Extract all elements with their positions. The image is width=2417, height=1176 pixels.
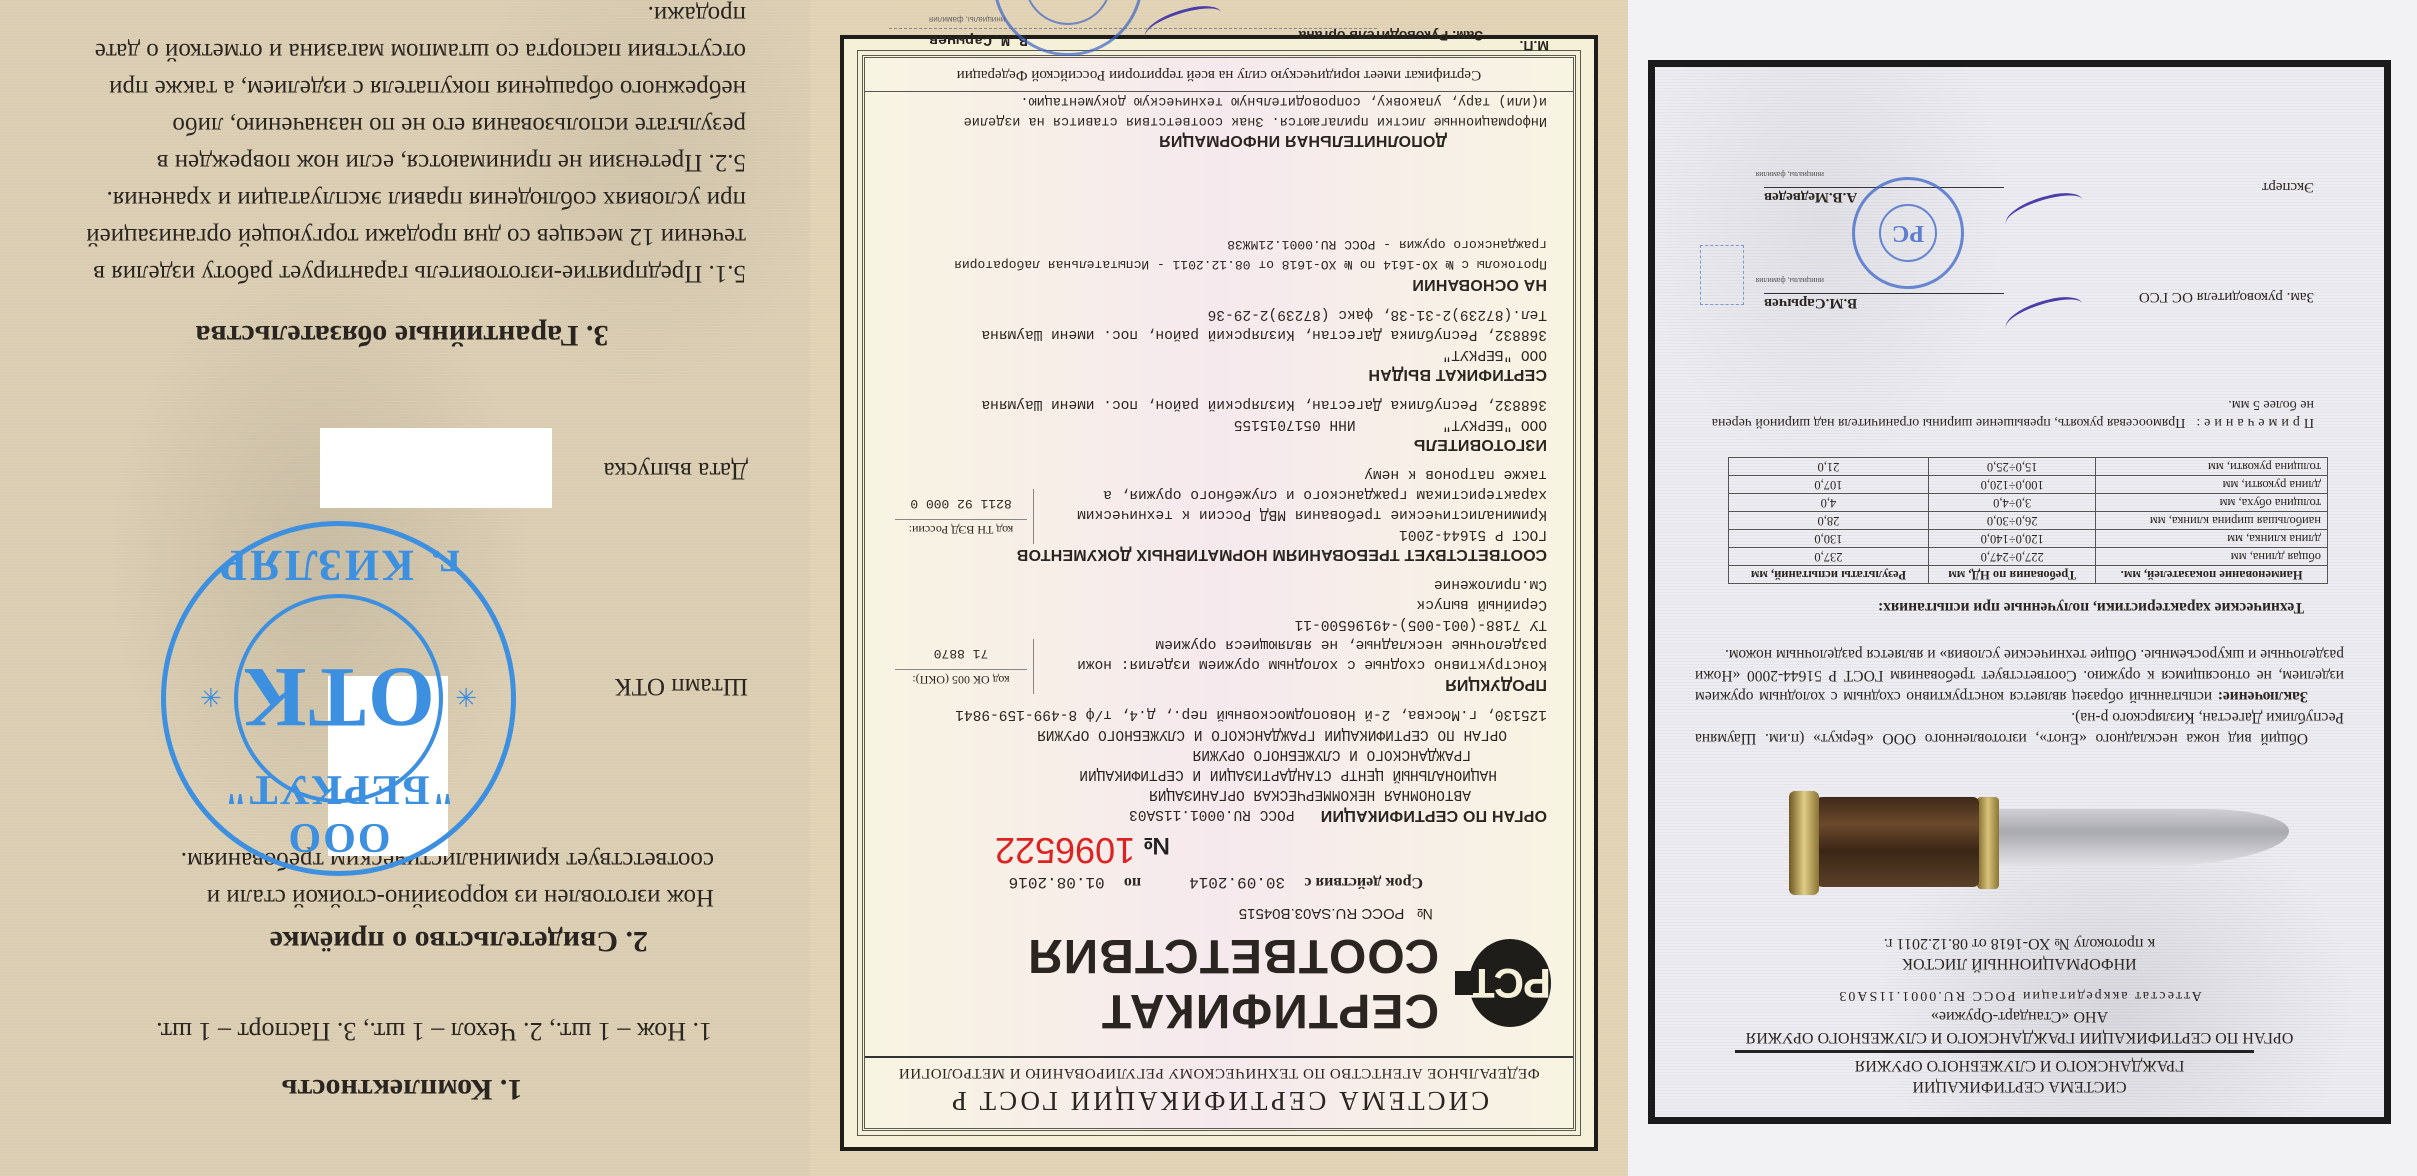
certification-system: СИСТЕМА СЕРТИФИКАЦИИ ГОСТ Р: [875, 1085, 1563, 1116]
star-icon: ✳: [200, 681, 222, 711]
certificate-number: № РОСС RU.SA03.B04515: [865, 905, 1433, 922]
head-name: В.М.Сарычев: [929, 31, 1028, 48]
knife-pommel: [1790, 791, 1820, 895]
knife-blade: [1990, 809, 2290, 867]
mp-label: М.П.: [1519, 38, 1549, 54]
info-ano: АНО «Стандарт-Оружие»: [1655, 1006, 2384, 1027]
issued-to-line: Тел.(87239)2-31-38, факс (87239)2-29-36: [889, 304, 1547, 324]
okp-code: 71 8870: [934, 646, 989, 661]
signature-icon: [2002, 188, 2087, 236]
info-signatures: Зам. руководителя ОС ГСО В.М.Сарычев ини…: [1655, 155, 2384, 345]
spec-table-header: Наименование показателей, мм. Требования…: [1729, 566, 2328, 584]
signature-icon: [2002, 292, 2087, 340]
cert-manufacturer: ИЗГОТОВИТЕЛЬ ООО "БЕРКУТ" ИНН 0517015155…: [889, 394, 1547, 454]
product-line: См.приложение: [889, 574, 1547, 594]
certificate-footer: Сертификат имеет юридическую силу на все…: [865, 66, 1573, 92]
info-subtitle: к протоколу № ХО-1618 от 08.12.2011 г.: [1655, 933, 2384, 953]
certificate-panel: СИСТЕМА СЕРТИФИКАЦИИ ГОСТ Р ФЕДЕРАЛЬНОЕ …: [810, 0, 1628, 1176]
head-signature-line: В.М.Сарычев: [889, 28, 1377, 52]
cert-conforms: СООТВЕТСТВУЕТ ТРЕБОВАНИЯМ НОРМАТИВНЫХ ДО…: [889, 464, 1547, 564]
product-line: Серийный выпуск: [889, 594, 1547, 614]
warranty-text: 5.1. Предприятие-изготовитель гарантируе…: [58, 0, 748, 292]
extra-line: Информационные листки прилагаются. Знак …: [889, 110, 1547, 130]
tnved-label: код ТН ВЭД России:: [895, 519, 1027, 540]
organ-line: АВТОНОМНАЯ НЕКОММЕРЧЕСКАЯ ОРГАНИЗАЦИЯ: [889, 784, 1547, 804]
basis-line: Протоколы с № ХО-1614 по № ХО-1618 от 08…: [889, 254, 1547, 274]
knife-handle: [1810, 797, 1980, 887]
agency-name: ФЕДЕРАЛЬНОЕ АГЕНТСТВО ПО ТЕХНИЧЕСКОМУ РЕ…: [875, 1064, 1563, 1081]
issued-to-line: ООО "БЕРКУТ": [889, 344, 1547, 364]
manufacturer-line: 368832, Республика Дагестан, Кизлярский …: [889, 394, 1547, 414]
info-system-sub: ГРАЖДАНСКОГО И СЛУЖЕБНОГО ОРУЖИЯ: [1655, 1055, 2384, 1076]
warranty-item: 5.2. Претензии не принимаются, если нож …: [58, 0, 746, 181]
spec-table-row: наибольшая ширина клинка, мм26,0÷30,028,…: [1729, 512, 2328, 530]
issued-to-label: СЕРТИФИКАТ ВЫДАН: [889, 364, 1547, 384]
manufacturer-label: ИЗГОТОВИТЕЛЬ: [889, 434, 1547, 454]
kit-contents: 1. Нож – 1 шт., 2. Чехол – 1 шт., 3. Пас…: [56, 1016, 748, 1046]
info-sheet-header: СИСТЕМА СЕРТИФИКАЦИИ ГРАЖДАНСКОГО И СЛУЖ…: [1655, 985, 2384, 1117]
info-conclusion: Заключение: испытанный образец является …: [1695, 644, 2344, 707]
certificate-header: СИСТЕМА СЕРТИФИКАЦИИ ГОСТ Р ФЕДЕРАЛЬНОЕ …: [865, 1056, 1573, 1128]
tech-title: Технические характеристики, полученные п…: [1655, 598, 2384, 616]
serial-label: №: [1143, 832, 1170, 859]
certificate: СИСТЕМА СЕРТИФИКАЦИИ ГОСТ Р ФЕДЕРАЛЬНОЕ …: [840, 35, 1598, 1151]
valid-from: 30.09.2014: [1189, 873, 1285, 891]
tnved-code-box: код ТН ВЭД России: 8211 92 000 0: [889, 489, 1034, 544]
validity-period: Срок действия с 30.09.2014 по 01.08.2016: [865, 873, 1423, 891]
header-divider: [1735, 1050, 2254, 1053]
release-date-field[interactable]: [320, 428, 552, 508]
spec-table-row: толщина обуха, мм3,0÷4,04,0: [1729, 494, 2328, 512]
otk-stamp-label: Штамп ОТК: [598, 672, 748, 700]
organ-label: ОРГАН ПО СЕРТИФИКАЦИИ: [1321, 807, 1547, 824]
valid-to-label: по: [1124, 874, 1141, 891]
small-stamp: [1700, 245, 1744, 305]
organ-line: НАЦИОНАЛЬНЫЙ ЦЕНТР СТАНДАРТИЗАЦИИ И СЕРТ…: [889, 764, 1547, 784]
otk-stamp-city: г. КИЗЛЯР: [166, 540, 511, 591]
valid-to: 01.08.2016: [1009, 873, 1105, 891]
info-description: Общий вид ножа нескладного «Енот», изгот…: [1695, 707, 2344, 749]
product-line: ТУ 7188-(001-005)-49196500-11: [889, 614, 1547, 634]
section-acceptance-title: 2. Свидетельство о приёмке: [56, 924, 748, 958]
warranty-item: 5.1. Предприятие-изготовитель гарантируе…: [58, 181, 746, 292]
cert-product: код ОК 005 (ОКП): 71 8870 ПРОДУКЦИЯ Конс…: [889, 574, 1547, 694]
release-date-row: Дата выпуска: [56, 410, 748, 530]
spec-table-row: длина рукояти, мм100,0÷120,0107,0: [1729, 476, 2328, 494]
otk-stamp-center: ОТК: [234, 594, 443, 803]
deputy-name: В.М.Сарычев: [1764, 293, 2004, 311]
organ-address: 125130, г.Москва, 2-й Новоподмосковный п…: [889, 704, 1547, 724]
info-sheet: СИСТЕМА СЕРТИФИКАЦИИ ГРАЖДАНСКОГО И СЛУЖ…: [1648, 60, 2391, 1124]
section-warranty-title: 3. Гарантийные обязательства: [56, 318, 748, 352]
info-note: Примечание: Прямоосевая рукоять, превыше…: [1655, 395, 2384, 457]
hint-name: инициалы, фамилия: [929, 15, 1005, 24]
okp-code-box: код ОК 005 (ОКП): 71 8870: [889, 639, 1034, 694]
info-title-block: ИНФОРМАЦИОННЫЙ ЛИСТОК к протоколу № ХО-1…: [1655, 933, 2384, 973]
info-title: ИНФОРМАЦИОННЫЙ ЛИСТОК: [1655, 953, 2384, 973]
certificate-signatures: М.П. Зам. Руководитель органа В.М.Сарыче…: [865, 0, 1573, 66]
spec-table-row: толщина рукояти, мм15,0÷25,021,0: [1729, 458, 2328, 476]
organ-code: РОСС RU.0001.11SA03: [1129, 806, 1294, 822]
certificate-frame: СИСТЕМА СЕРТИФИКАЦИИ ГОСТ Р ФЕДЕРАЛЬНОЕ …: [862, 55, 1576, 1131]
certification-seal: РС: [1852, 177, 1964, 289]
extra-label: ДОПОЛНИТЕЛЬНАЯ ИНФОРМАЦИЯ: [889, 130, 1547, 150]
info-system: СИСТЕМА СЕРТИФИКАЦИИ: [1655, 1076, 2384, 1097]
expert-role: Эксперт: [2262, 178, 2314, 195]
knife-photo: [1750, 767, 2290, 917]
note-label: Примечание:: [2192, 415, 2314, 430]
number-label: №: [1417, 905, 1433, 922]
cert-body-organ: ОРГАН ПО СЕРТИФИКАЦИИ РОСС RU.0001.11SA0…: [889, 704, 1547, 825]
otk-stamp: ООО "БЕРКУТ" ✳ ✳ ОТК г. КИЗЛЯР: [161, 521, 516, 876]
serial-number: №1096522: [865, 829, 1573, 871]
seal-center: РС: [1024, 0, 1112, 25]
section-completeness-title: 1. Комплектность: [56, 1072, 748, 1106]
star-icon: ✳: [455, 681, 477, 711]
conforms-label: СООТВЕТСТВУЕТ ТРЕБОВАНИЯМ НОРМАТИВНЫХ ДО…: [889, 544, 1547, 564]
number-value: РОСС RU.SA03.B04515: [1239, 905, 1405, 922]
spec-table-row: длина клинка, мм120,0÷140,0130,0: [1729, 530, 2328, 548]
info-description-block: Общий вид ножа нескладного «Енот», изгот…: [1655, 644, 2384, 749]
conforms-line: также патронов к нему: [889, 464, 1547, 484]
certificate-body: ОРГАН ПО СЕРТИФИКАЦИИ РОСС RU.0001.11SA0…: [865, 90, 1573, 829]
rst-logo-icon: РСТ: [1469, 939, 1551, 1027]
seal-center: РС: [1879, 204, 1937, 262]
tnved-code: 8211 92 000 0: [910, 496, 1011, 511]
cert-extra: ДОПОЛНИТЕЛЬНАЯ ИНФОРМАЦИЯ Информационные…: [889, 90, 1547, 150]
release-date-label: Дата выпуска: [548, 456, 748, 484]
cert-issued-to: СЕРТИФИКАТ ВЫДАН ООО "БЕРКУТ" 368832, Ре…: [889, 304, 1547, 384]
manufacturer-line: ООО "БЕРКУТ" ИНН 0517015155: [889, 414, 1547, 434]
deputy-role: Зам. руководителя ОС ГСО: [2139, 288, 2314, 305]
extra-line: и(или) тару, упаковку, сопроводительную …: [889, 90, 1547, 110]
okp-label: код ОК 005 (ОКП):: [895, 669, 1027, 690]
organ-line: ОРГАН ПО СЕРТИФИКАЦИИ ГРАЖДАНСКОГО И СЛУ…: [889, 724, 1547, 744]
otk-stamp-row: Штамп ОТК ООО "БЕРКУТ" ✳ ✳ ОТК г. КИЗЛЯР: [56, 536, 748, 836]
basis-label: НА ОСНОВАНИИ: [889, 274, 1547, 294]
organ-line: ГРАЖДАНСКОГО И СЛУЖЕБНОГО ОРУЖИЯ: [889, 744, 1547, 764]
cert-basis: НА ОСНОВАНИИ Протоколы с № ХО-1614 по № …: [889, 234, 1547, 294]
info-organ: ОРГАН ПО СЕРТИФИКАЦИИ ГРАЖДАНСКОГО И СЛУ…: [1655, 1027, 2384, 1048]
spec-table-row: общая длина, мм227,0÷247,0237,0: [1729, 548, 2328, 566]
knife-guard: [1978, 797, 2000, 889]
info-sheet-panel: СИСТЕМА СЕРТИФИКАЦИИ ГРАЖДАНСКОГО И СЛУЖ…: [1628, 0, 2417, 1176]
serial-value: 1096522: [995, 830, 1135, 871]
info-attestat: Аттестат аккредитации РОСС RU.0001.11SA0…: [1655, 985, 2384, 1006]
passport-page: 1. Комплектность 1. Нож – 1 шт., 2. Чехо…: [0, 0, 810, 1176]
basis-line: гражданского оружия - РОСС RU.0001.21МЖ3…: [889, 234, 1547, 254]
certificate-title-row: РСТ СЕРТИФИКАТ СООТВЕТСТВИЯ: [865, 928, 1573, 1056]
spec-table: Наименование показателей, мм. Требования…: [1728, 457, 2328, 584]
issued-to-line: 368832, Республика Дагестан, Кизлярский …: [889, 324, 1547, 344]
certificate-title: СЕРТИФИКАТ СООТВЕТСТВИЯ: [887, 928, 1439, 1038]
validity-label: Срок действия с: [1304, 874, 1423, 891]
